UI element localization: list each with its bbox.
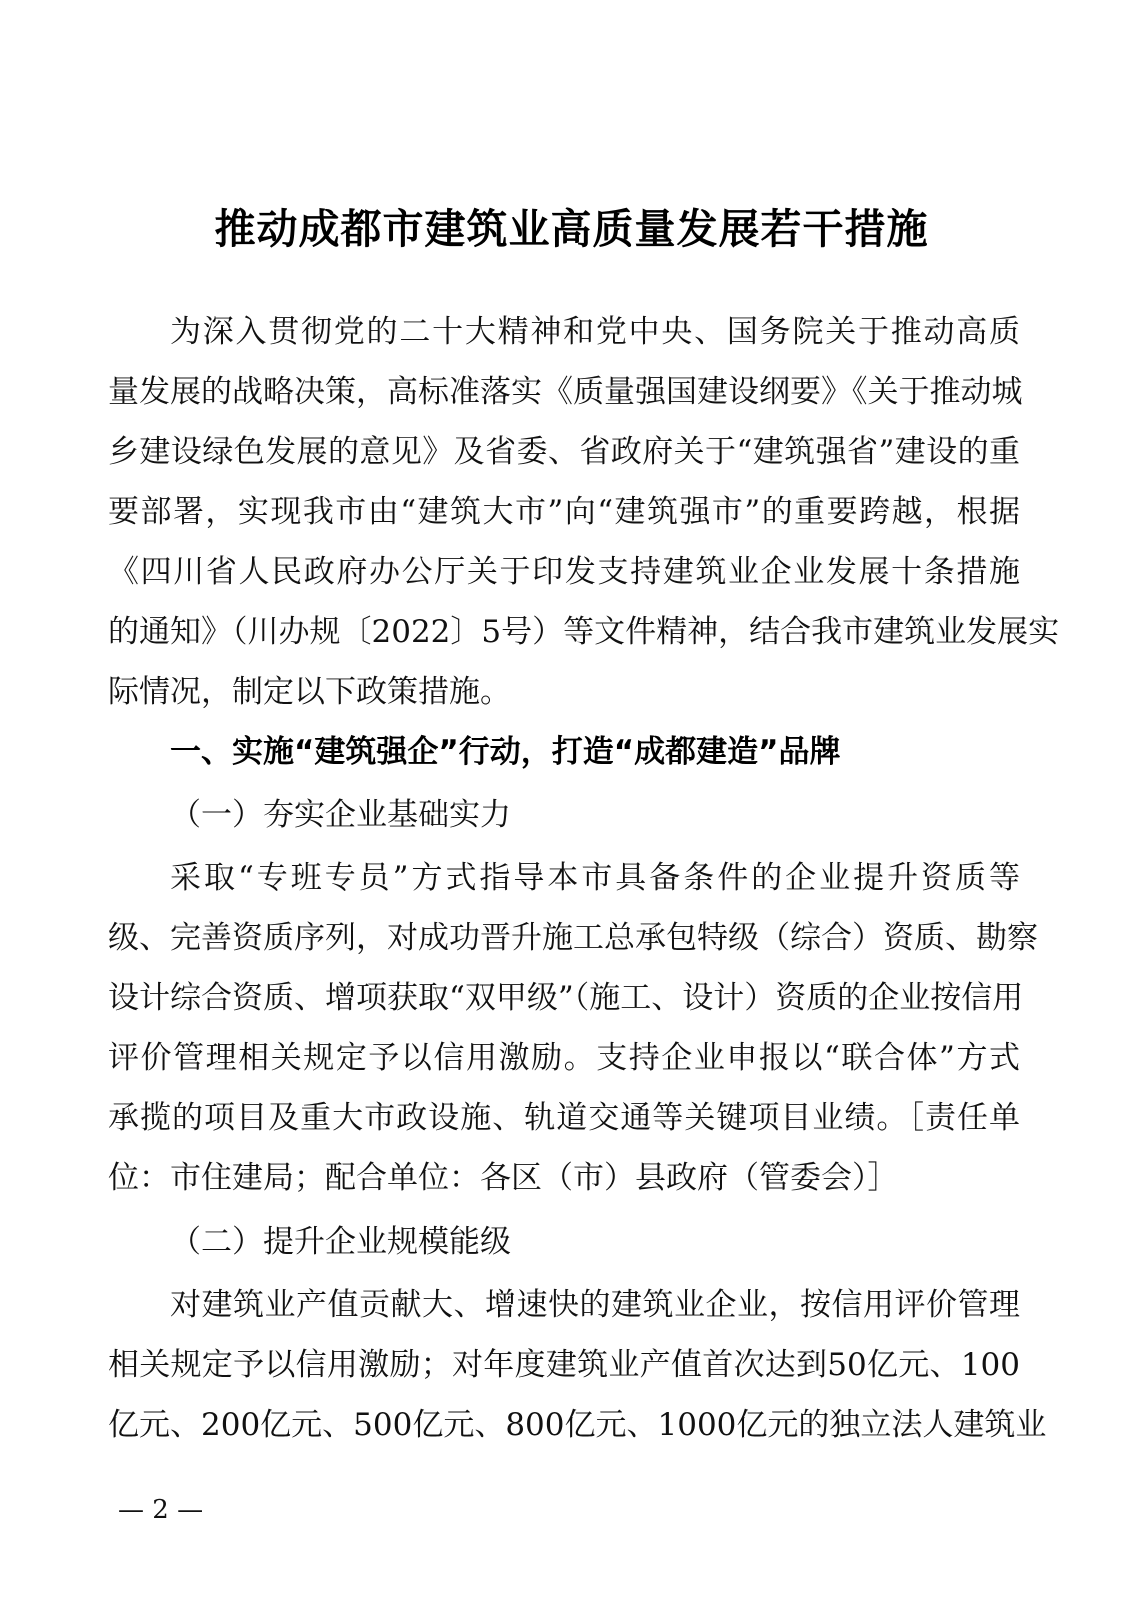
body-line: 评价管理相关规定予以信用激励。支持企业申报以“联合体”方式 [108,1038,1020,1078]
body-line: 位：市住建局；配合单位：各区（市）县政府（管委会）］ [108,1158,1020,1198]
section-heading: 一、实施“建筑强企”行动，打造“成都建造”品牌 [170,732,841,772]
body-line: 对建筑业产值贡献大、增速快的建筑业企业，按信用评价管理 [170,1285,1020,1325]
preamble-line: 乡建设绿色发展的意见》及省委、省政府关于“建筑强省”建设的重 [108,432,1020,472]
body-line: 相关规定予以信用激励；对年度建筑业产值首次达到50亿元、100 [108,1345,1020,1385]
subsection-heading: （二）提升企业规模能级 [170,1222,511,1262]
body-line: 级、完善资质序列，对成功晋升施工总承包特级（综合）资质、勘察 [108,918,1020,958]
preamble-line: 《四川省人民政府办公厅关于印发支持建筑业企业发展十条措施 [108,552,1020,592]
body-line: 采取“专班专员”方式指导本市具备条件的企业提升资质等 [170,858,1020,898]
body-line: 承揽的项目及重大市政设施、轨道交通等关键项目业绩。［责任单 [108,1098,1020,1138]
preamble-line: 要部署，实现我市由“建筑大市”向“建筑强市”的重要跨越，根据 [108,492,1020,532]
page-number: — 2 — [118,1494,203,1526]
body-line: 亿元、200亿元、500亿元、800亿元、1000亿元的独立法人建筑业 [108,1405,1020,1445]
document-title: 推动成都市建筑业高质量发展若干措施 [0,196,1143,255]
preamble-line: 际情况，制定以下政策措施。 [108,672,1020,712]
subsection-heading: （一）夯实企业基础实力 [170,795,511,835]
body-line: 设计综合资质、增项获取“双甲级”（施工、设计）资质的企业按信用 [108,978,1020,1018]
preamble-line: 量发展的战略决策，高标准落实《质量强国建设纲要》《关于推动城 [108,372,1020,412]
preamble-line: 为深入贯彻党的二十大精神和党中央、国务院关于推动高质 [170,312,1020,352]
preamble-line: 的通知》（川办规〔2022〕5号）等文件精神，结合我市建筑业发展实 [108,612,1020,652]
